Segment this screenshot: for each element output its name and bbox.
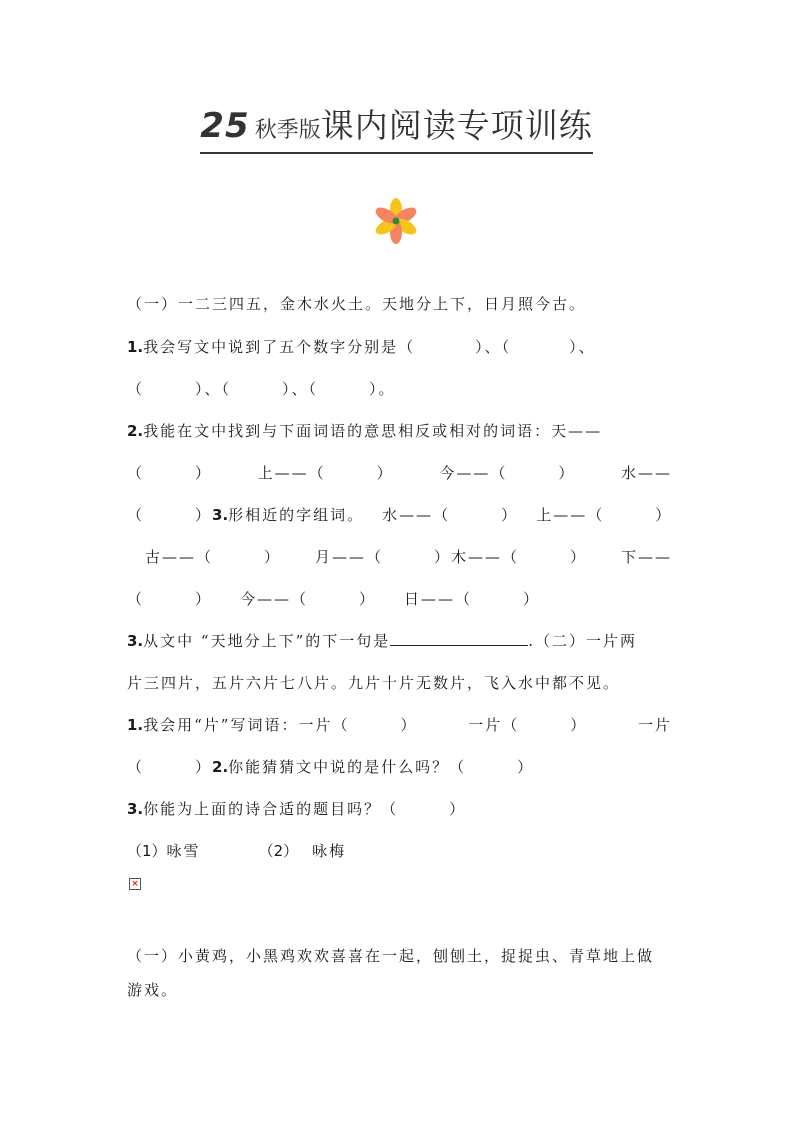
options-row: （1）咏雪（2）咏梅: [127, 841, 672, 861]
option-1[interactable]: （1）咏雪: [127, 842, 201, 860]
question-number: 3.: [212, 506, 228, 524]
answer-blank[interactable]: 一片（ ）: [468, 715, 587, 735]
question-1-line-1: 1.我会写文中说到了五个数字分别是（）、（）、: [127, 337, 672, 357]
word-pair[interactable]: 水——（ ）: [382, 506, 518, 524]
answer-blank[interactable]: （ ）: [127, 590, 212, 608]
flower-icon: [372, 197, 420, 245]
question-text[interactable]: 你能猜猜文中说的是什么吗？（ ）: [228, 758, 534, 776]
answer-blank[interactable]: （ ）: [127, 758, 212, 776]
section2-question-1-line-1: 1.我会用“片”写词语：一片（ ） 一片（ ） 一片: [127, 715, 672, 735]
question-3-line: 3.从文中 “天地分上下”的下一句是.（二）一片两: [127, 631, 672, 651]
word-pair[interactable]: 月——（ ）木——（ ）: [315, 547, 587, 567]
word-pair: 下——: [621, 547, 672, 567]
title-number: 25: [200, 106, 249, 146]
word-pair[interactable]: 古——（ ）: [145, 547, 281, 567]
word-pair[interactable]: 今——（ ）: [240, 590, 376, 608]
section2-question-1-line-2: （ ）2.你能猜猜文中说的是什么吗？（ ）: [127, 757, 672, 777]
question-text: 形相近的字组词。: [228, 506, 364, 524]
question-2-line-4: 古——（ ） 月——（ ）木——（ ） 下——: [145, 547, 672, 567]
question-1-line-2[interactable]: （ ）、（ ）、（ ）。: [127, 379, 672, 399]
option-number: （2）: [259, 842, 299, 860]
word-pair[interactable]: 日——（ ）: [404, 590, 540, 608]
option-number: （1）: [127, 842, 167, 860]
title-main: 课内阅读专项训练: [321, 106, 593, 145]
question-text: 我会写文中说到了五个数字分别是（: [143, 338, 415, 356]
question-2-line-5: （ ）今——（ ）日——（ ）: [127, 589, 672, 609]
title-underlined: 25 秋季版课内阅读专项训练: [200, 106, 592, 154]
question-number: 2.: [212, 758, 228, 776]
answer-blank[interactable]: （ ）: [127, 463, 212, 483]
answer-blank[interactable]: ）、（: [475, 338, 511, 356]
question-1-part[interactable]: 1.我会用“片”写词语：一片（ ）: [127, 715, 417, 735]
question-text: 从文中 “天地分上下”的下一句是: [143, 632, 390, 650]
passage-3-line-1: （一）小黄鸡，小黑鸡欢欢喜喜在一起，刨刨土，捉捉虫、青草地上做: [127, 946, 672, 966]
word-pair[interactable]: 上——（ ）: [536, 506, 672, 524]
question-2-line-1: 2.我能在文中找到与下面词语的意思相反或相对的词语：天——: [127, 421, 672, 441]
section2-question-3: 3.你能为上面的诗合适的题目吗？（ ）: [127, 799, 672, 819]
broken-image-icon: ×: [129, 878, 141, 890]
option-label: 咏雪: [167, 842, 201, 860]
antonym-pair[interactable]: 上——（ ）: [258, 463, 394, 483]
answer-blank: 一片: [638, 715, 672, 735]
passage-1: （一）一二三四五，金木水火土。天地分上下，日月照今古。: [127, 294, 672, 314]
option-label: 咏梅: [312, 842, 346, 860]
question-text: .（二）一片两: [528, 632, 637, 650]
answer-blank[interactable]: （ ）: [127, 506, 212, 524]
question-text: 我能在文中找到与下面词语的意思相反或相对的词语：天——: [143, 422, 602, 440]
option-2[interactable]: （2）咏梅: [259, 842, 347, 860]
fill-in-underline[interactable]: [390, 631, 528, 646]
passage-3-line-2: 游戏。: [127, 980, 672, 1000]
question-number: 3.: [127, 800, 143, 818]
question-2-line-2: （ ） 上——（ ） 今——（ ） 水——: [127, 463, 672, 483]
question-number: 1.: [127, 716, 143, 734]
question-number: 3.: [127, 632, 143, 650]
document-title: 25 秋季版课内阅读专项训练: [0, 106, 793, 154]
answer-blank[interactable]: ）、: [569, 338, 596, 356]
antonym-pair[interactable]: 今——（ ）: [439, 463, 575, 483]
question-number: 2.: [127, 422, 143, 440]
passage-2: 片三四片，五片六片七八片。九片十片无数片，飞入水中都不见。: [127, 673, 672, 693]
question-text[interactable]: 你能为上面的诗合适的题目吗？（ ）: [143, 800, 466, 818]
question-2-line-3: （ ）3.形相近的字组词。水——（ ）上——（ ）: [127, 505, 672, 525]
question-number: 1.: [127, 338, 143, 356]
question-text: 我会用“片”写词语：一片（ ）: [143, 716, 417, 734]
antonym-pair: 水——: [621, 463, 672, 483]
title-edition: 秋季版: [255, 118, 321, 143]
